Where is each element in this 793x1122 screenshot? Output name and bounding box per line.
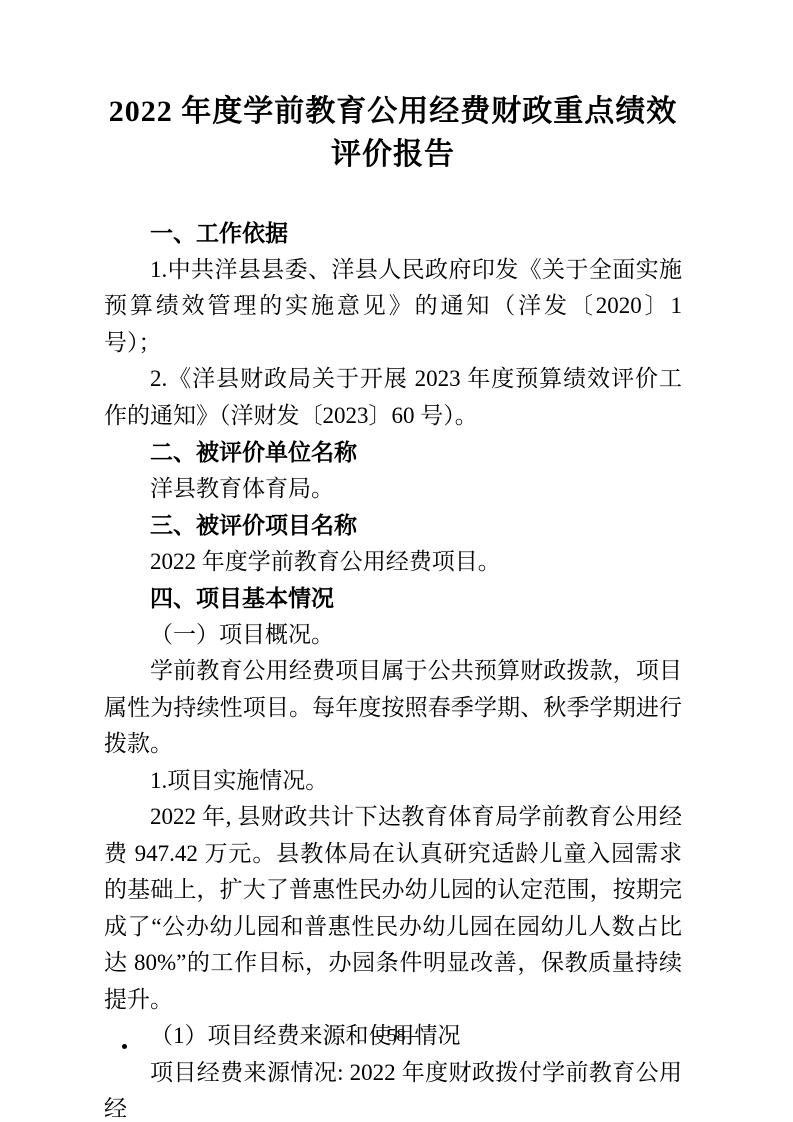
subheading-project-overview: （一）项目概况。: [104, 617, 682, 654]
section-heading-project-name: 三、被评价项目名称: [104, 507, 682, 544]
paragraph-basis-item-1: 1.中共洋县县委、洋县人民政府印发《关于全面实施预算绩效管理的实施意见》的通知（…: [104, 252, 682, 362]
paragraph-project-name: 2022 年度学前教育公用经费项目。: [104, 544, 682, 581]
section-heading-evaluated-unit: 二、被评价单位名称: [104, 434, 682, 471]
document-page: 2022 年度学前教育公用经费财政重点绩效 评价报告 一、工作依据 1.中共洋县…: [0, 0, 793, 1122]
body-blocks: 一、工作依据 1.中共洋县县委、洋县人民政府印发《关于全面实施预算绩效管理的实施…: [104, 215, 682, 1122]
report-title-line-1: 2022 年度学前教育公用经费财政重点绩效: [104, 90, 682, 133]
paragraph-funding-source: 项目经费来源情况: 2022 年度财政拨付学前教育公用经: [104, 1055, 682, 1122]
paragraph-implementation: 2022 年, 县财政共计下达教育体育局学前教育公用经费 947.42 万元。县…: [104, 799, 682, 1018]
section-heading-project-basics: 四、项目基本情况: [104, 580, 682, 617]
report-title: 2022 年度学前教育公用经费财政重点绩效 评价报告: [104, 90, 682, 176]
report-title-line-2: 评价报告: [104, 133, 682, 176]
page-number: – 58 –: [0, 1024, 793, 1046]
paragraph-evaluated-unit: 洋县教育体育局。: [104, 471, 682, 508]
paragraph-basis-item-2: 2.《洋县财政局关于开展 2023 年度预算绩效评价工作的通知》（洋财发〔202…: [104, 361, 682, 434]
paragraph-project-overview: 学前教育公用经费项目属于公共预算财政拨款，项目属性为持续性项目。每年度按照春季学…: [104, 653, 682, 763]
ink-dot: [122, 1044, 127, 1049]
section-heading-work-basis: 一、工作依据: [104, 215, 682, 252]
page-content: 2022 年度学前教育公用经费财政重点绩效 评价报告 一、工作依据 1.中共洋县…: [104, 0, 682, 1122]
subheading-implementation: 1.项目实施情况。: [104, 763, 682, 800]
